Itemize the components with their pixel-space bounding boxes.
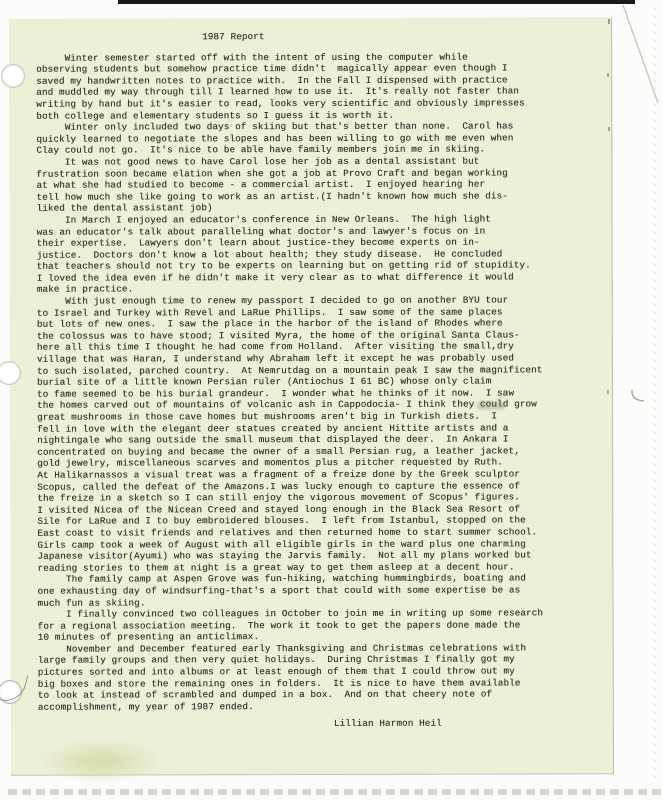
- letter-page: 1987 Report Winter semester started off …: [9, 17, 614, 776]
- document-paragraph: Winter semester started off with the int…: [36, 51, 588, 122]
- scanner-edge-bar: [118, 0, 635, 4]
- document-paragraph: In March I enjoyed an educator's confere…: [37, 213, 589, 296]
- document-paragraph: It was not good news to have Carol lose …: [36, 155, 588, 214]
- document-paragraph: November and December featured early Tha…: [38, 642, 590, 713]
- page-title: 1987 Report: [202, 30, 588, 43]
- fold-crease-line: [623, 5, 658, 103]
- document-paragraph: With just enough time to renew my passpo…: [37, 294, 590, 574]
- erased-word-smudge: [477, 401, 505, 409]
- document-paragraph: The family camp at Aspen Grove was fun-h…: [37, 573, 589, 609]
- document-paragraph: Winter only included two days of skiing …: [36, 120, 588, 156]
- document-paragraph: I finally convinced two colleagues in Oc…: [38, 607, 590, 643]
- signature: Lillian Harmon Heil: [334, 718, 590, 730]
- pen-mark-arc: [632, 390, 644, 401]
- hole-punch: [1, 64, 25, 88]
- paper-stain: [41, 738, 161, 784]
- typed-text-block: 1987 Report Winter semester started off …: [36, 30, 590, 730]
